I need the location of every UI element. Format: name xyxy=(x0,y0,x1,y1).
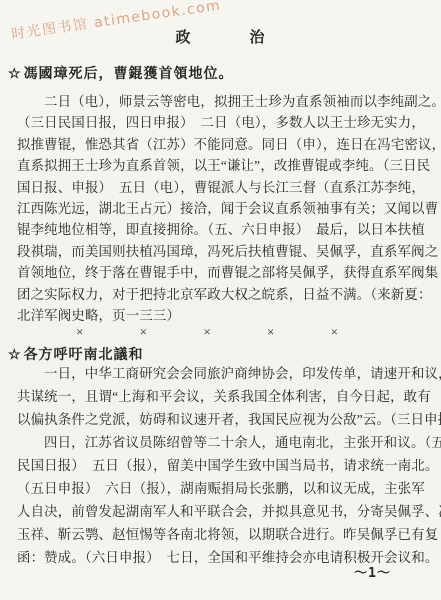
body-line: 拟推曹锟，惟恐其省（江苏）不能同意。同日（申），连日在冯宅密议， xyxy=(17,134,433,155)
separator-x-mark: × xyxy=(203,324,210,340)
separator-x-mark: × xyxy=(267,324,274,340)
star-bullet-icon: ☆ xyxy=(8,67,22,82)
page-title: 政 治 xyxy=(0,26,441,47)
separator-x-mark: × xyxy=(331,324,338,340)
body-line: 锟李纯地位相等，即直接拥徐。（五、六日申报） 最后，以日本扶植 xyxy=(17,219,433,240)
body-line: 以偏执条件之党派，妨碍和议速开者，我国民应视为公敌”云。（三日申报） xyxy=(17,408,433,431)
body-line: 段祺瑞，而美国则扶植冯国璋，冯死后扶植曹锟、吴佩孚，直系军阀之 xyxy=(17,241,433,262)
body-line: 首领地位，终于落在曹锟手中，而曹锟之部将吴佩孚，获得直系军阀集 xyxy=(17,262,433,283)
body-line: 共谋统一，且谓“上海和平会议，关系我国全体利害，自今日起，敢有 xyxy=(17,385,433,408)
page-number: ～1～ xyxy=(354,562,391,581)
star-bullet-icon: ☆ xyxy=(8,348,22,363)
page-title-char-left: 政 xyxy=(175,26,191,47)
section-heading-2: ☆各方呼吁南北議和 xyxy=(8,344,144,364)
separator-x-mark: × xyxy=(140,324,147,340)
section-heading-2-text: 各方呼吁南北議和 xyxy=(24,348,144,363)
body-line: 团之实际权力，对于把持北京军政大权之皖系，日益不满。（来新夏： xyxy=(17,284,433,305)
section-separator: × × × × × xyxy=(76,324,338,340)
body-line: 直系拟拥王士珍为直系首领，以王“谦让”，改推曹锟或李纯。（三日民 xyxy=(17,155,433,176)
body-line: 江西陈光远，湖北王占元）接洽，闻于会议直系领袖事有关；又闻以曹 xyxy=(17,198,433,219)
separator-x-mark: × xyxy=(76,324,83,340)
page-title-char-right: 治 xyxy=(250,26,266,47)
body-line: 国日报、申报） 五日（电），曹锟派人与长江三督（直系江苏李纯， xyxy=(17,177,433,198)
body-line: 人自决，前曾发起湖南军人和平联合会，并拟具意见书，分寄吴佩孚、冯 xyxy=(17,500,433,523)
body-line: 民国日报） 五日（报），留美中国学生致中国当局书，请求统一南北。 xyxy=(17,454,433,477)
paragraph-2: 一日，中华工商研究会会同旅沪商绅协会，印发传单，请速开和议， 共谋统一，且谓“上… xyxy=(17,362,433,569)
section-heading-1: ☆馮國璋死后，曹錕獲首領地位。 xyxy=(8,63,234,83)
body-line: （五日申报） 六日（报），湖南赈捐局长张鹏，以和议无成，主张军 xyxy=(17,477,433,500)
body-line: （三日民国日报，四日申报） 二日（电），多数人以王士珍无实力， xyxy=(17,112,433,133)
body-line: 玉祥、靳云鹗、赵恒惕等各南北将领，以期联合进行。昨吴佩孚已有复 xyxy=(17,523,433,546)
scanned-document-page: 时光图书馆 atimebook.com 政 治 ☆馮國璋死后，曹錕獲首領地位。 … xyxy=(0,0,441,600)
section-heading-1-text: 馮國璋死后，曹錕獲首領地位。 xyxy=(24,67,234,82)
body-line: 二日（电），师景云等密电，拟拥王士珍为直系领袖而以李纯副之。 xyxy=(17,91,433,112)
body-line: 一日，中华工商研究会会同旅沪商绅协会，印发传单，请速开和议， xyxy=(17,362,433,385)
body-line: 四日，江苏省议员陈绍曾等二十余人，通电南北，主张开和议。（五日 xyxy=(17,431,433,454)
paragraph-1: 二日（电），师景云等密电，拟拥王士珍为直系领袖而以李纯副之。 （三日民国日报，四… xyxy=(17,91,433,326)
